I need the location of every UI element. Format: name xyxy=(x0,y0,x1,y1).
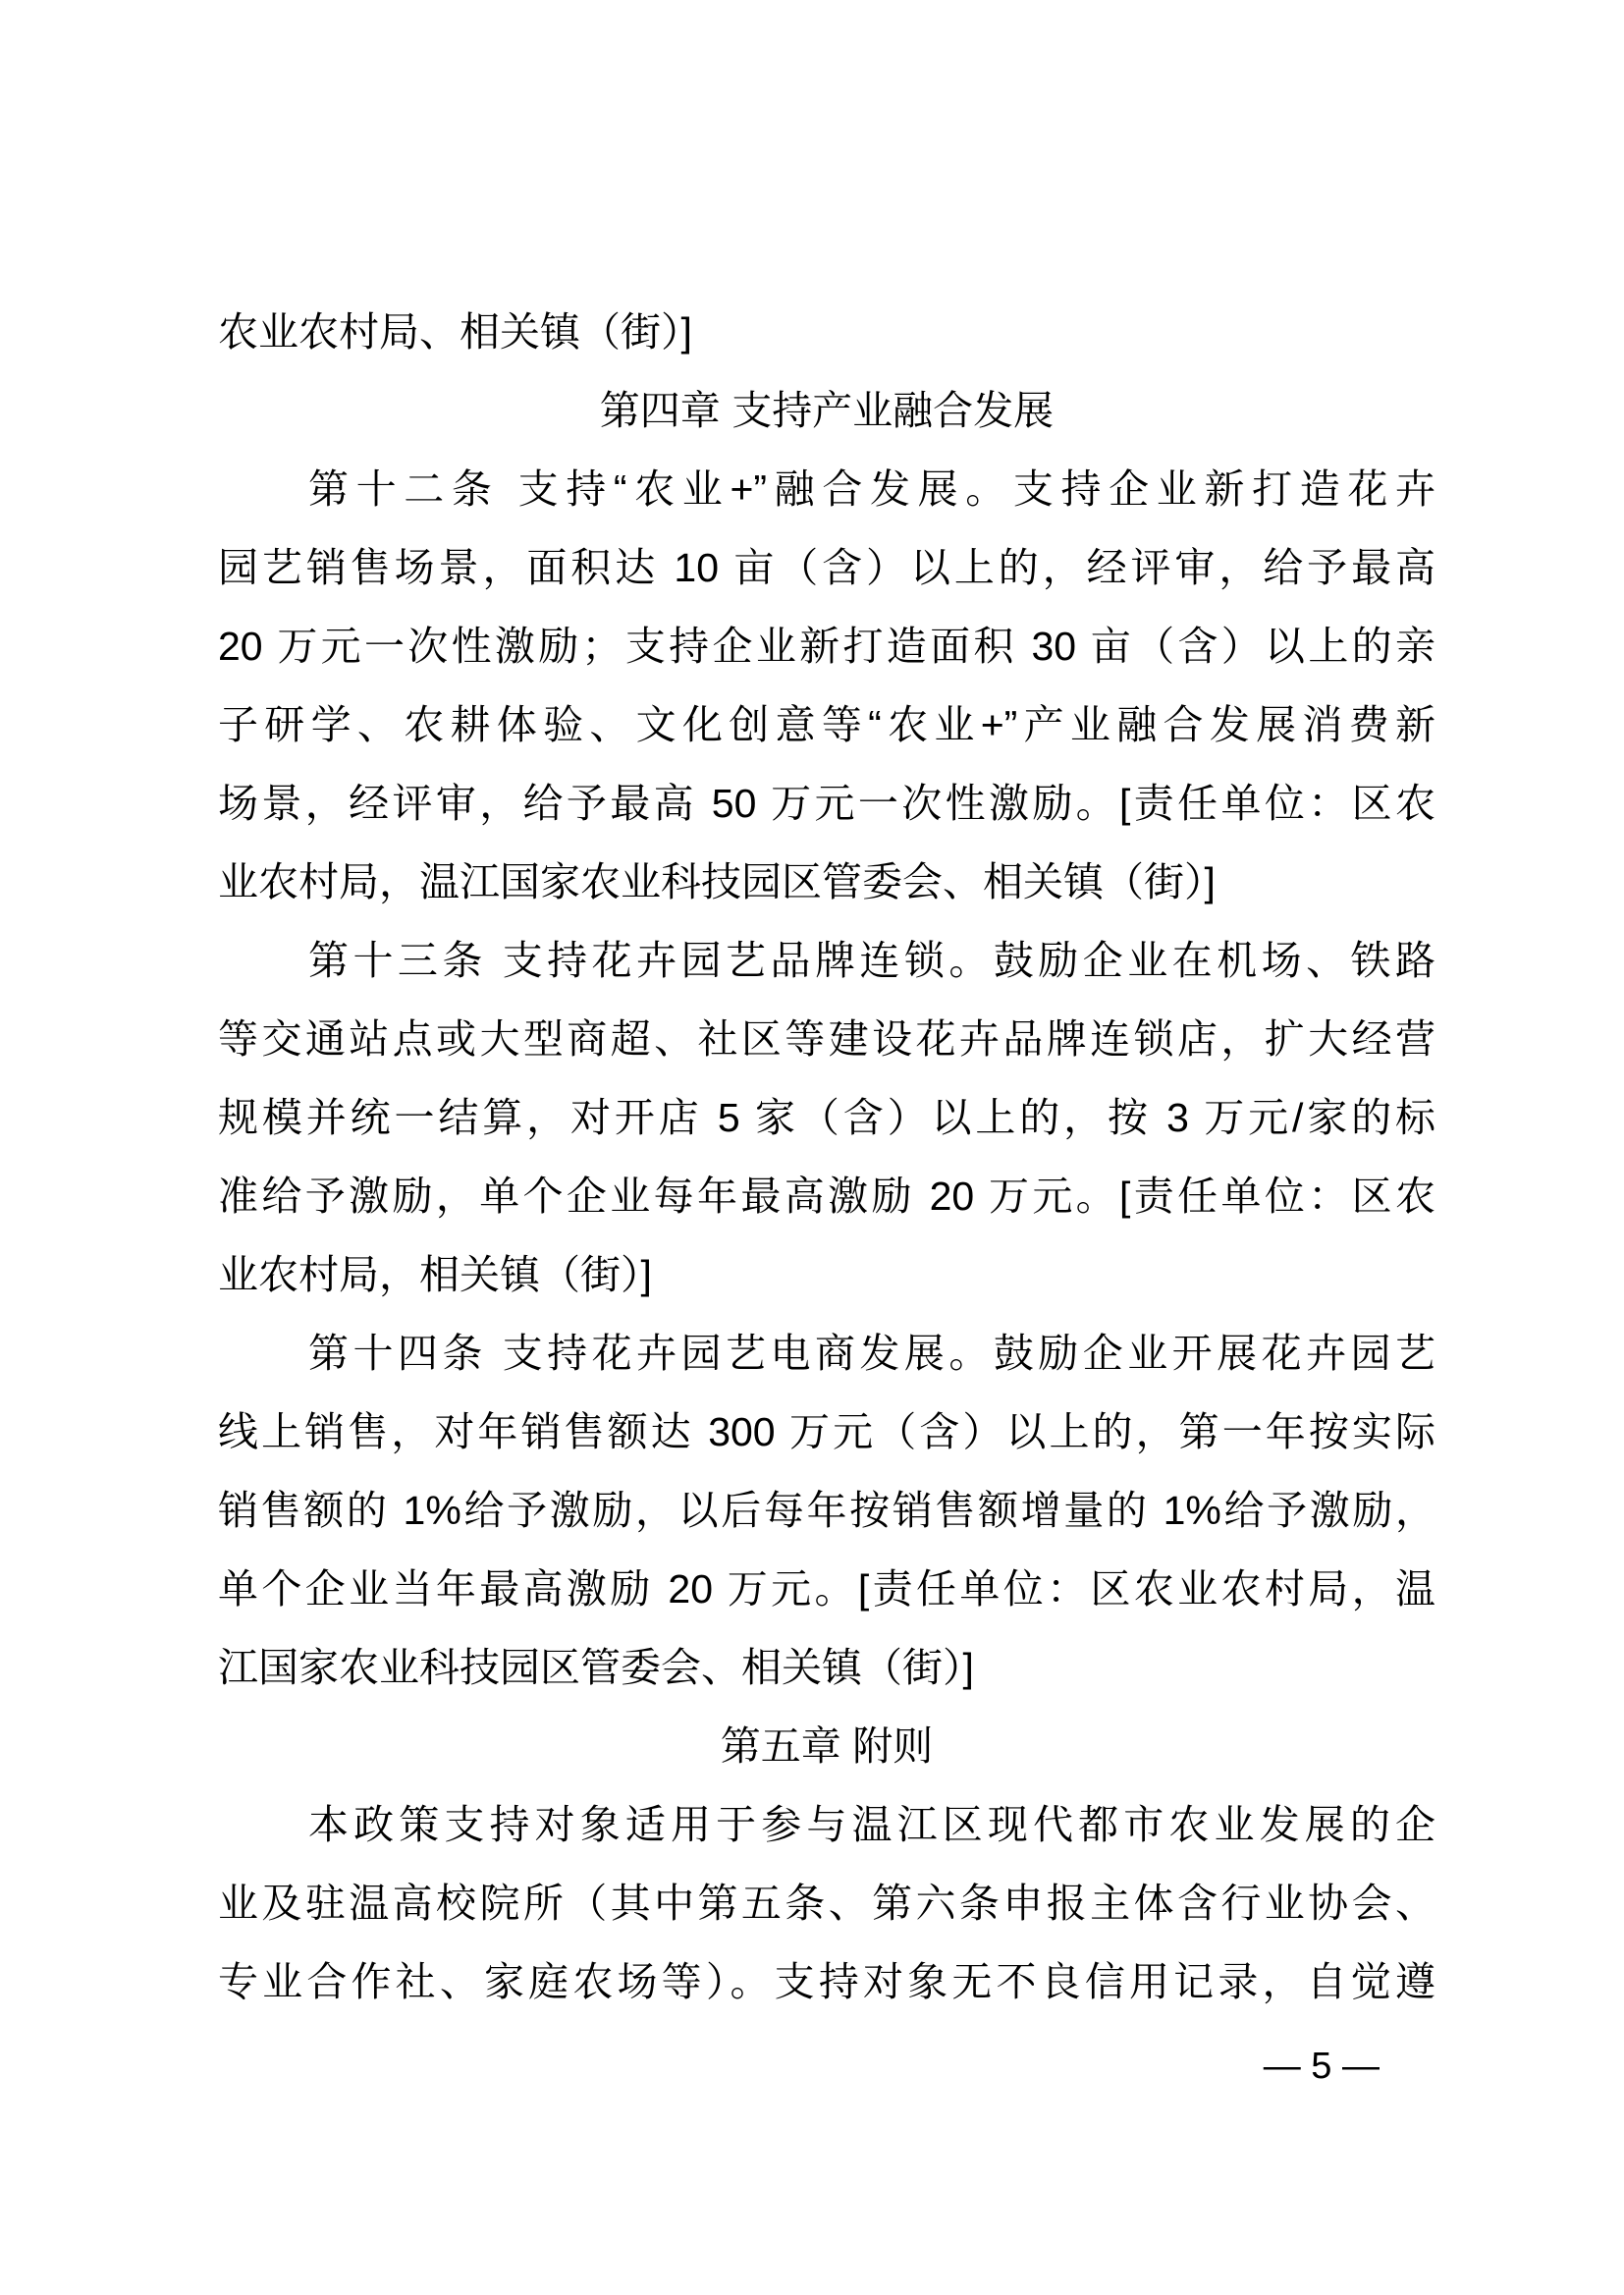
text-line: 场景，经评审，给予最高 50 万元一次性激励。[责任单位：区农 xyxy=(218,764,1435,843)
text-line: 第四章 支持产业融合发展 xyxy=(218,371,1435,450)
text-line: 销售额的 1%给予激励，以后每年按销售额增量的 1%给予激励， xyxy=(218,1471,1435,1550)
text-line: 第十三条 支持花卉园艺品牌连锁。鼓励企业在机场、铁路 xyxy=(218,921,1435,1000)
text-line: 第十四条 支持花卉园艺电商发展。鼓励企业开展花卉园艺 xyxy=(218,1314,1435,1393)
text-line: 单个企业当年最高激励 20 万元。[责任单位：区农业农村局，温 xyxy=(218,1550,1435,1628)
text-line: 等交通站点或大型商超、社区等建设花卉品牌连锁店，扩大经营 xyxy=(218,1000,1435,1078)
text-line: 园艺销售场景，面积达 10 亩（含）以上的，经评审，给予最高 xyxy=(218,528,1435,607)
text-line: 专业合作社、家庭农场等）。支持对象无不良信用记录，自觉遵 xyxy=(218,1942,1435,2021)
text-line: 20 万元一次性激励；支持企业新打造面积 30 亩（含）以上的亲 xyxy=(218,607,1435,685)
text-line: 业农村局，温江国家农业科技园区管委会、相关镇（街）] xyxy=(218,843,1435,921)
text-line: 业及驻温高校院所（其中第五条、第六条申报主体含行业协会、 xyxy=(218,1864,1435,1942)
text-line: 农业农村局、相关镇（街）] xyxy=(218,293,1435,371)
document-body: 农业农村局、相关镇（街）]第四章 支持产业融合发展第十二条 支持“农业+”融合发… xyxy=(218,293,1435,2021)
text-line: 线上销售，对年销售额达 300 万元（含）以上的，第一年按实际 xyxy=(218,1393,1435,1471)
text-line: 子研学、农耕体验、文化创意等“农业+”产业融合发展消费新 xyxy=(218,685,1435,764)
text-line: 江国家农业科技园区管委会、相关镇（街）] xyxy=(218,1628,1435,1707)
text-line: 第十二条 支持“农业+”融合发展。支持企业新打造花卉 xyxy=(218,450,1435,528)
text-line: 本政策支持对象适用于参与温江区现代都市农业发展的企 xyxy=(218,1785,1435,1864)
document-page: 农业农村局、相关镇（街）]第四章 支持产业融合发展第十二条 支持“农业+”融合发… xyxy=(0,0,1624,2295)
text-line: 第五章 附则 xyxy=(218,1707,1435,1785)
page-number: — 5 — xyxy=(218,2027,1435,2105)
text-line: 业农村局，相关镇（街）] xyxy=(218,1235,1435,1314)
text-line: 准给予激励，单个企业每年最高激励 20 万元。[责任单位：区农 xyxy=(218,1157,1435,1235)
text-line: 规模并统一结算，对开店 5 家（含）以上的，按 3 万元/家的标 xyxy=(218,1078,1435,1157)
